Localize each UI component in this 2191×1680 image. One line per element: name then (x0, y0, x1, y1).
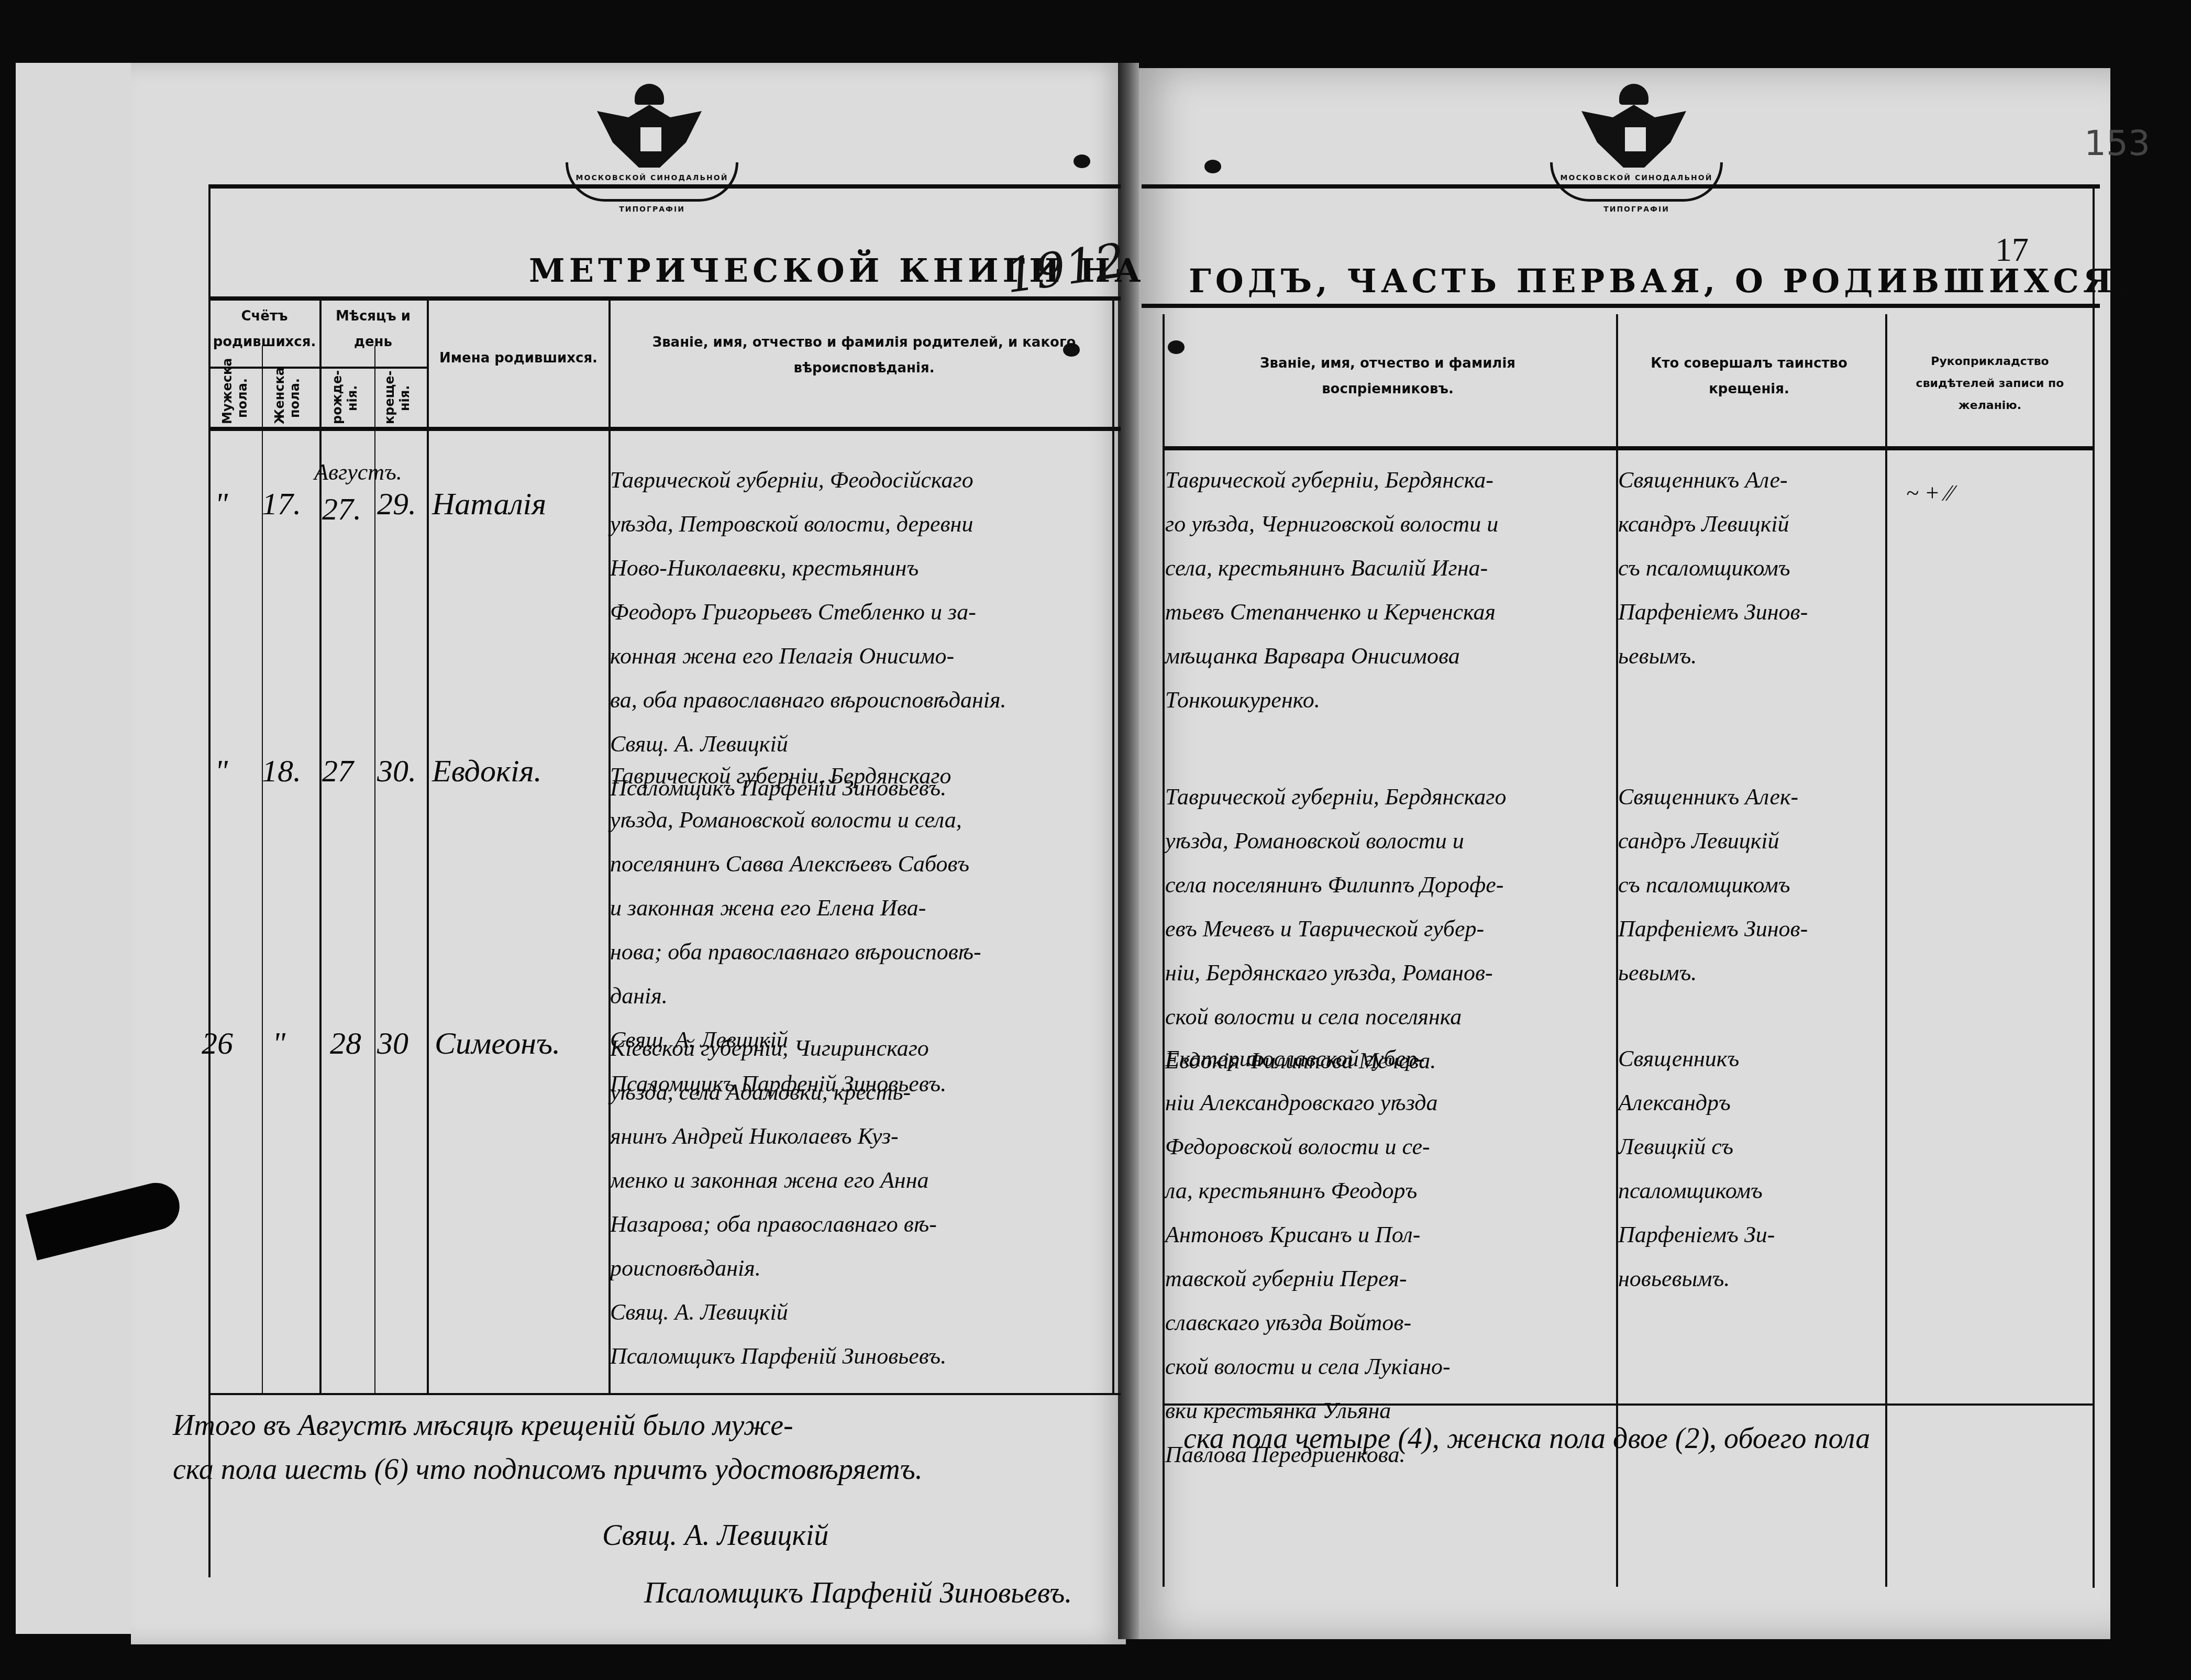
summary-text-left: Итого въ Августѣ мѣсяцѣ крещеній было му… (173, 1403, 1115, 1491)
entry-baptism-day: 29. (377, 482, 416, 526)
col-divider (427, 299, 429, 1393)
entry-birth-day: 27 (322, 749, 353, 793)
page-edge (16, 63, 38, 1634)
col-header-birth: рожде- нія. (330, 372, 360, 424)
entry-female-count: " (272, 1021, 285, 1065)
entry-godparents: Таврической губерніи, Бердянска- го уѣзд… (1165, 458, 1615, 722)
page-number: 17 (1995, 230, 2029, 269)
col-divider (1885, 314, 1887, 1587)
entry-female-count: 17. (262, 482, 301, 526)
priest-signature: Свящ. А. Левицкій (602, 1513, 828, 1557)
entry-parents: Кіевской губерніи, Чигиринскаго уѣзда, с… (610, 1026, 1113, 1378)
summary-text-right: ска пола четыре (4), женска пола двое (2… (1183, 1417, 2105, 1461)
binding-hole (1168, 340, 1185, 354)
entry-godparents: Екатеринославской губер- ніи Александров… (1165, 1037, 1615, 1477)
col-header-officiant: Кто совершалъ таинство крещенія. (1623, 351, 1875, 403)
frame-right (2093, 184, 2095, 1588)
binding-hole (1204, 160, 1221, 173)
entry-female-count: 18. (262, 749, 301, 793)
entry-officiant: Священникъ Алек- сандръ Левицкій съ псал… (1618, 775, 1883, 995)
col-header-count: Счётъ родившихся. (212, 304, 317, 356)
header-rule (209, 296, 1121, 301)
header-bottom-rule (209, 427, 1121, 431)
entry-child-name: Евдокія. (432, 749, 542, 793)
entry-male-count: " (215, 749, 228, 793)
col-header-month-day: Мѣсяцъ и день (322, 304, 424, 356)
entry-officiant: Священникъ Александръ Левицкій съ псалом… (1618, 1037, 1883, 1301)
entry-birth-day: 28 (330, 1021, 361, 1065)
entry-male-count: 26 (202, 1021, 233, 1065)
col-header-godparents: Званіе, имя, отчество и фамилія воспріем… (1204, 351, 1571, 403)
page-title-right: ГОДЪ, ЧАСТЬ ПЕРВАЯ, О РОДИВШИХСЯ. (1189, 262, 2131, 300)
page-edge (37, 63, 69, 1634)
top-rule (1142, 184, 2100, 189)
entry-child-name: Симеонъ. (435, 1021, 560, 1065)
col-header-signatures: Рукоприкладство свидѣтелей записи по жел… (1890, 351, 2089, 416)
col-header-baptism: креще- нія. (382, 372, 413, 424)
col-divider (374, 346, 375, 1393)
col-header-male: Мужеска пола. (220, 372, 250, 424)
page-edge (68, 63, 132, 1634)
col-header-female: Женска пола. (272, 372, 303, 424)
psalmist-signature: Псаломщикъ Парфеній Зиновьевъ. (644, 1571, 1072, 1615)
header-bottom-rule (1163, 446, 2095, 450)
subheader-rule (209, 367, 427, 369)
entry-baptism-day: 30. (377, 749, 416, 793)
header-rule (1142, 304, 2100, 308)
entry-male-count: " (215, 482, 228, 526)
entry-child-name: Наталія (432, 482, 546, 526)
entry-officiant: Священникъ Але- ксандръ Левицкій съ псал… (1618, 458, 1883, 678)
entry-baptism-day: 30 (377, 1021, 408, 1065)
entry-witness-mark: ~ + ⁄⁄ (1906, 471, 1953, 515)
archive-folio-number: 153 (2084, 123, 2150, 163)
col-header-parents: Званіе, имя, отчество и фамилія родителе… (623, 330, 1105, 382)
frame-left (208, 184, 211, 1577)
summary-rule (209, 1393, 1121, 1395)
book-spine (1118, 63, 1139, 1639)
top-rule (209, 184, 1121, 189)
entry-birth-day: 27. (322, 487, 361, 531)
col-header-names: Имена родившихся. (432, 346, 605, 371)
scanned-register-spread: МОСКОВСКОЙ СИНОДАЛЬНОЙ ТИПОГРАФІИ МОСКОВ… (0, 0, 2191, 1680)
col-divider (1163, 314, 1165, 1587)
binding-hole (1074, 154, 1090, 168)
